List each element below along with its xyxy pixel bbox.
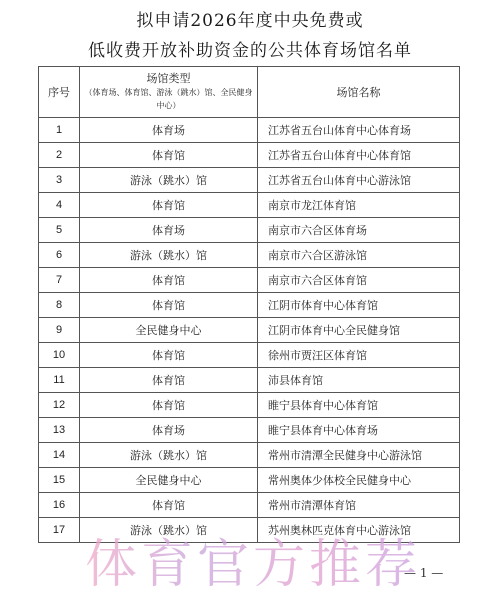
row-venue-name: 常州市清潭全民健身中心游泳馆 <box>258 443 460 468</box>
row-venue-name: 南京市六合区游泳馆 <box>258 243 460 268</box>
row-venue-name: 徐州市贾汪区体育馆 <box>258 343 460 368</box>
table-row: 15全民健身中心常州奥体少体校全民健身中心 <box>39 468 460 493</box>
row-venue-type: 体育馆 <box>80 343 258 368</box>
row-venue-name: 睢宁县体育中心体育馆 <box>258 393 460 418</box>
row-venue-type: 游泳（跳水）馆 <box>80 243 258 268</box>
row-index: 17 <box>39 518 80 543</box>
table-header-row: 序号 场馆类型 （体育场、体育馆、游泳（跳水）馆、全民健身中心） 场馆名称 <box>39 67 460 118</box>
header-venue-type-sub: （体育场、体育馆、游泳（跳水）馆、全民健身中心） <box>80 86 257 112</box>
row-venue-type: 体育馆 <box>80 193 258 218</box>
row-index: 1 <box>39 118 80 143</box>
row-venue-name: 南京市六合区体育馆 <box>258 268 460 293</box>
row-venue-type: 体育馆 <box>80 493 258 518</box>
row-index: 4 <box>39 193 80 218</box>
row-venue-type: 体育馆 <box>80 368 258 393</box>
venue-table: 序号 场馆类型 （体育场、体育馆、游泳（跳水）馆、全民健身中心） 场馆名称 1体… <box>38 66 460 543</box>
document-title-line1: 拟申请2026年度中央免费或 <box>0 6 500 31</box>
table-row: 4体育馆南京市龙江体育馆 <box>39 193 460 218</box>
table-row: 7体育馆南京市六合区体育馆 <box>39 268 460 293</box>
header-venue-type: 场馆类型 （体育场、体育馆、游泳（跳水）馆、全民健身中心） <box>80 67 258 118</box>
row-index: 15 <box>39 468 80 493</box>
table-row: 5体育场南京市六合区体育场 <box>39 218 460 243</box>
row-venue-type: 游泳（跳水）馆 <box>80 168 258 193</box>
table-row: 13体育场睢宁县体育中心体育场 <box>39 418 460 443</box>
document-title-line2: 低收费开放补助资金的公共体育场馆名单 <box>0 36 500 61</box>
row-index: 10 <box>39 343 80 368</box>
row-venue-name: 江苏省五台山体育中心游泳馆 <box>258 168 460 193</box>
row-venue-name: 睢宁县体育中心体育场 <box>258 418 460 443</box>
row-index: 7 <box>39 268 80 293</box>
row-venue-name: 常州奥体少体校全民健身中心 <box>258 468 460 493</box>
table-row: 1体育场江苏省五台山体育中心体育场 <box>39 118 460 143</box>
row-venue-name: 江阴市体育中心全民健身馆 <box>258 318 460 343</box>
row-venue-type: 全民健身中心 <box>80 468 258 493</box>
table-row: 9全民健身中心江阴市体育中心全民健身馆 <box>39 318 460 343</box>
row-index: 13 <box>39 418 80 443</box>
table-row: 10体育馆徐州市贾汪区体育馆 <box>39 343 460 368</box>
header-venue-name: 场馆名称 <box>258 67 460 118</box>
header-index: 序号 <box>39 67 80 118</box>
row-venue-type: 体育馆 <box>80 143 258 168</box>
table-row: 3游泳（跳水）馆江苏省五台山体育中心游泳馆 <box>39 168 460 193</box>
header-venue-type-main: 场馆类型 <box>80 72 257 86</box>
row-index: 12 <box>39 393 80 418</box>
row-venue-name: 南京市龙江体育馆 <box>258 193 460 218</box>
row-venue-type: 体育场 <box>80 218 258 243</box>
row-index: 11 <box>39 368 80 393</box>
row-venue-type: 全民健身中心 <box>80 318 258 343</box>
row-index: 2 <box>39 143 80 168</box>
table-row: 8体育馆江阴市体育中心体育馆 <box>39 293 460 318</box>
table-row: 2体育馆江苏省五台山体育中心体育馆 <box>39 143 460 168</box>
row-index: 8 <box>39 293 80 318</box>
row-venue-type: 体育馆 <box>80 293 258 318</box>
row-venue-type: 游泳（跳水）馆 <box>80 443 258 468</box>
table-row: 11体育馆沛县体育馆 <box>39 368 460 393</box>
row-venue-type: 体育场 <box>80 118 258 143</box>
row-index: 6 <box>39 243 80 268</box>
page-number: — 1 — <box>404 566 443 580</box>
watermark: 体育官方推荐 <box>85 522 421 590</box>
row-venue-name: 南京市六合区体育场 <box>258 218 460 243</box>
row-venue-type: 体育场 <box>80 418 258 443</box>
row-venue-type: 体育馆 <box>80 393 258 418</box>
table-row: 14游泳（跳水）馆常州市清潭全民健身中心游泳馆 <box>39 443 460 468</box>
row-index: 3 <box>39 168 80 193</box>
row-index: 16 <box>39 493 80 518</box>
table-row: 16体育馆常州市清潭体育馆 <box>39 493 460 518</box>
row-index: 5 <box>39 218 80 243</box>
row-venue-name: 沛县体育馆 <box>258 368 460 393</box>
row-venue-name: 江阴市体育中心体育馆 <box>258 293 460 318</box>
row-venue-name: 江苏省五台山体育中心体育馆 <box>258 143 460 168</box>
row-index: 9 <box>39 318 80 343</box>
row-venue-name: 常州市清潭体育馆 <box>258 493 460 518</box>
row-venue-name: 江苏省五台山体育中心体育场 <box>258 118 460 143</box>
table-row: 6游泳（跳水）馆南京市六合区游泳馆 <box>39 243 460 268</box>
row-index: 14 <box>39 443 80 468</box>
row-venue-type: 体育馆 <box>80 268 258 293</box>
table-row: 12体育馆睢宁县体育中心体育馆 <box>39 393 460 418</box>
